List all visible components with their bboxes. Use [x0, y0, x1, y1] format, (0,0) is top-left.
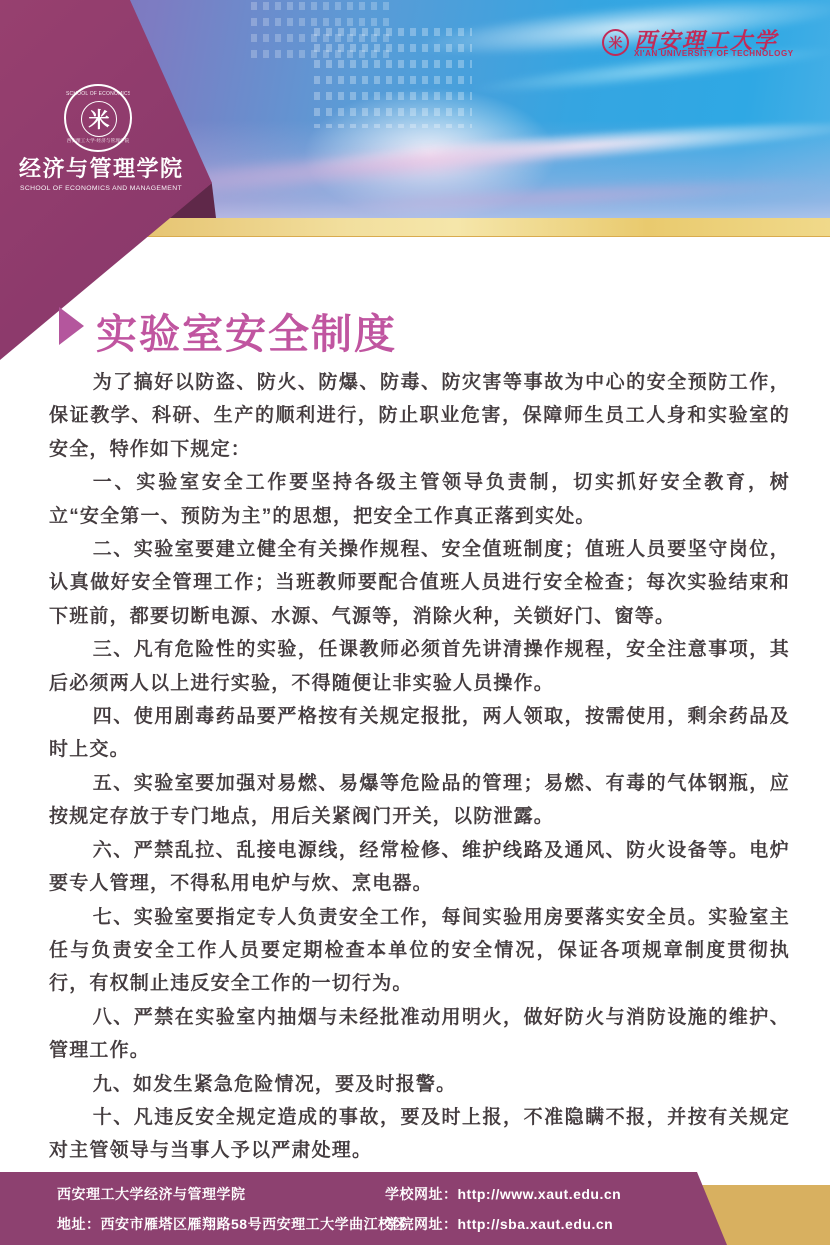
college-seal-glyph: 米 — [81, 101, 117, 137]
rules-text: 为了搞好以防盗、防火、防爆、防毒、防灾害等事故为中心的安全预防工作，保证教学、科… — [49, 366, 790, 1168]
footer-school-site: 学校网址：http://www.xaut.edu.cn — [385, 1184, 621, 1204]
rule-paragraph: 九、如发生紧急危险情况，要及时报警。 — [49, 1068, 790, 1101]
rule-paragraph: 三、凡有危险性的实验，任课教师必须首先讲清操作规程，安全注意事项，其后必须两人以… — [49, 633, 790, 700]
rule-paragraph: 二、实验室要建立健全有关操作规程、安全值班制度；值班人员要坚守岗位，认真做好安全… — [49, 533, 790, 633]
rule-paragraph: 四、使用剧毒药品要严格按有关规定报批，两人领取，按需使用，剩余药品及时上交。 — [49, 700, 790, 767]
dot-pattern — [308, 28, 472, 128]
dot-pattern — [245, 2, 395, 60]
rule-paragraph: 七、实验室要指定专人负责安全工作，每间实验用房要落实安全员。实验室主任与负责安全… — [49, 901, 790, 1001]
intro-paragraph: 为了搞好以防盗、防火、防爆、防毒、防灾害等事故为中心的安全预防工作，保证教学、科… — [49, 366, 790, 466]
college-name-en: SCHOOL OF ECONOMICS AND MANAGEMENT — [20, 185, 182, 192]
college-seal-icon: SCHOOL OF ECONOMICS AND MANAGEMENT 米 西安理… — [64, 84, 132, 152]
footer-org: 西安理工大学经济与管理学院 — [57, 1184, 407, 1204]
rule-paragraph: 八、严禁在实验室内抽烟与未经批准动用明火，做好防火与消防设施的维护、管理工作。 — [49, 1001, 790, 1068]
university-name-en: XI'AN UNIVERSITY OF TECHNOLOGY — [634, 49, 794, 58]
footer-address: 地址：西安市雁塔区雁翔路58号西安理工大学曲江校区 — [57, 1214, 407, 1234]
rule-paragraph: 十、凡违反安全规定造成的事故，要及时上报，不准隐瞒不报，并按有关规定对主管领导与… — [49, 1101, 790, 1168]
university-seal-glyph: 米 — [609, 33, 623, 53]
university-seal-icon: 米 — [602, 29, 629, 56]
title-bullet-icon — [59, 307, 84, 345]
college-seal-arc-text: SCHOOL OF ECONOMICS AND MANAGEMENT — [66, 91, 130, 97]
footer-bar: 西安理工大学经济与管理学院 地址：西安市雁塔区雁翔路58号西安理工大学曲江校区 … — [0, 1172, 830, 1245]
college-seal-glyph-char: 米 — [89, 104, 110, 134]
light-streak — [295, 112, 830, 180]
footer-college-site: 学院网址：http://sba.xaut.edu.cn — [385, 1214, 621, 1234]
college-name-cn: 经济与管理学院 — [19, 152, 184, 183]
page-title: 实验室安全制度 — [96, 301, 397, 360]
poster: 米 西安理工大学 XI'AN UNIVERSITY OF TECHNOLOGY … — [0, 0, 830, 1245]
rule-paragraph: 一、实验室安全工作要坚持各级主管领导负责制，切实抓好安全教育，树立“安全第一、预… — [49, 466, 790, 533]
rule-paragraph: 六、严禁乱拉、乱接电源线，经常检修、维护线路及通风、防火设备等。电炉要专人管理，… — [49, 834, 790, 901]
footer-right-column: 学校网址：http://www.xaut.edu.cn 学院网址：http://… — [385, 1184, 621, 1234]
college-seal-arc-text: 西安理工大学·经济与管理学院 — [66, 138, 130, 144]
rule-paragraph: 五、实验室要加强对易燃、易爆等危险品的管理；易燃、有毒的气体钢瓶，应按规定存放于… — [49, 767, 790, 834]
light-streak — [295, 170, 830, 224]
footer-left-column: 西安理工大学经济与管理学院 地址：西安市雁塔区雁翔路58号西安理工大学曲江校区 — [57, 1184, 407, 1234]
